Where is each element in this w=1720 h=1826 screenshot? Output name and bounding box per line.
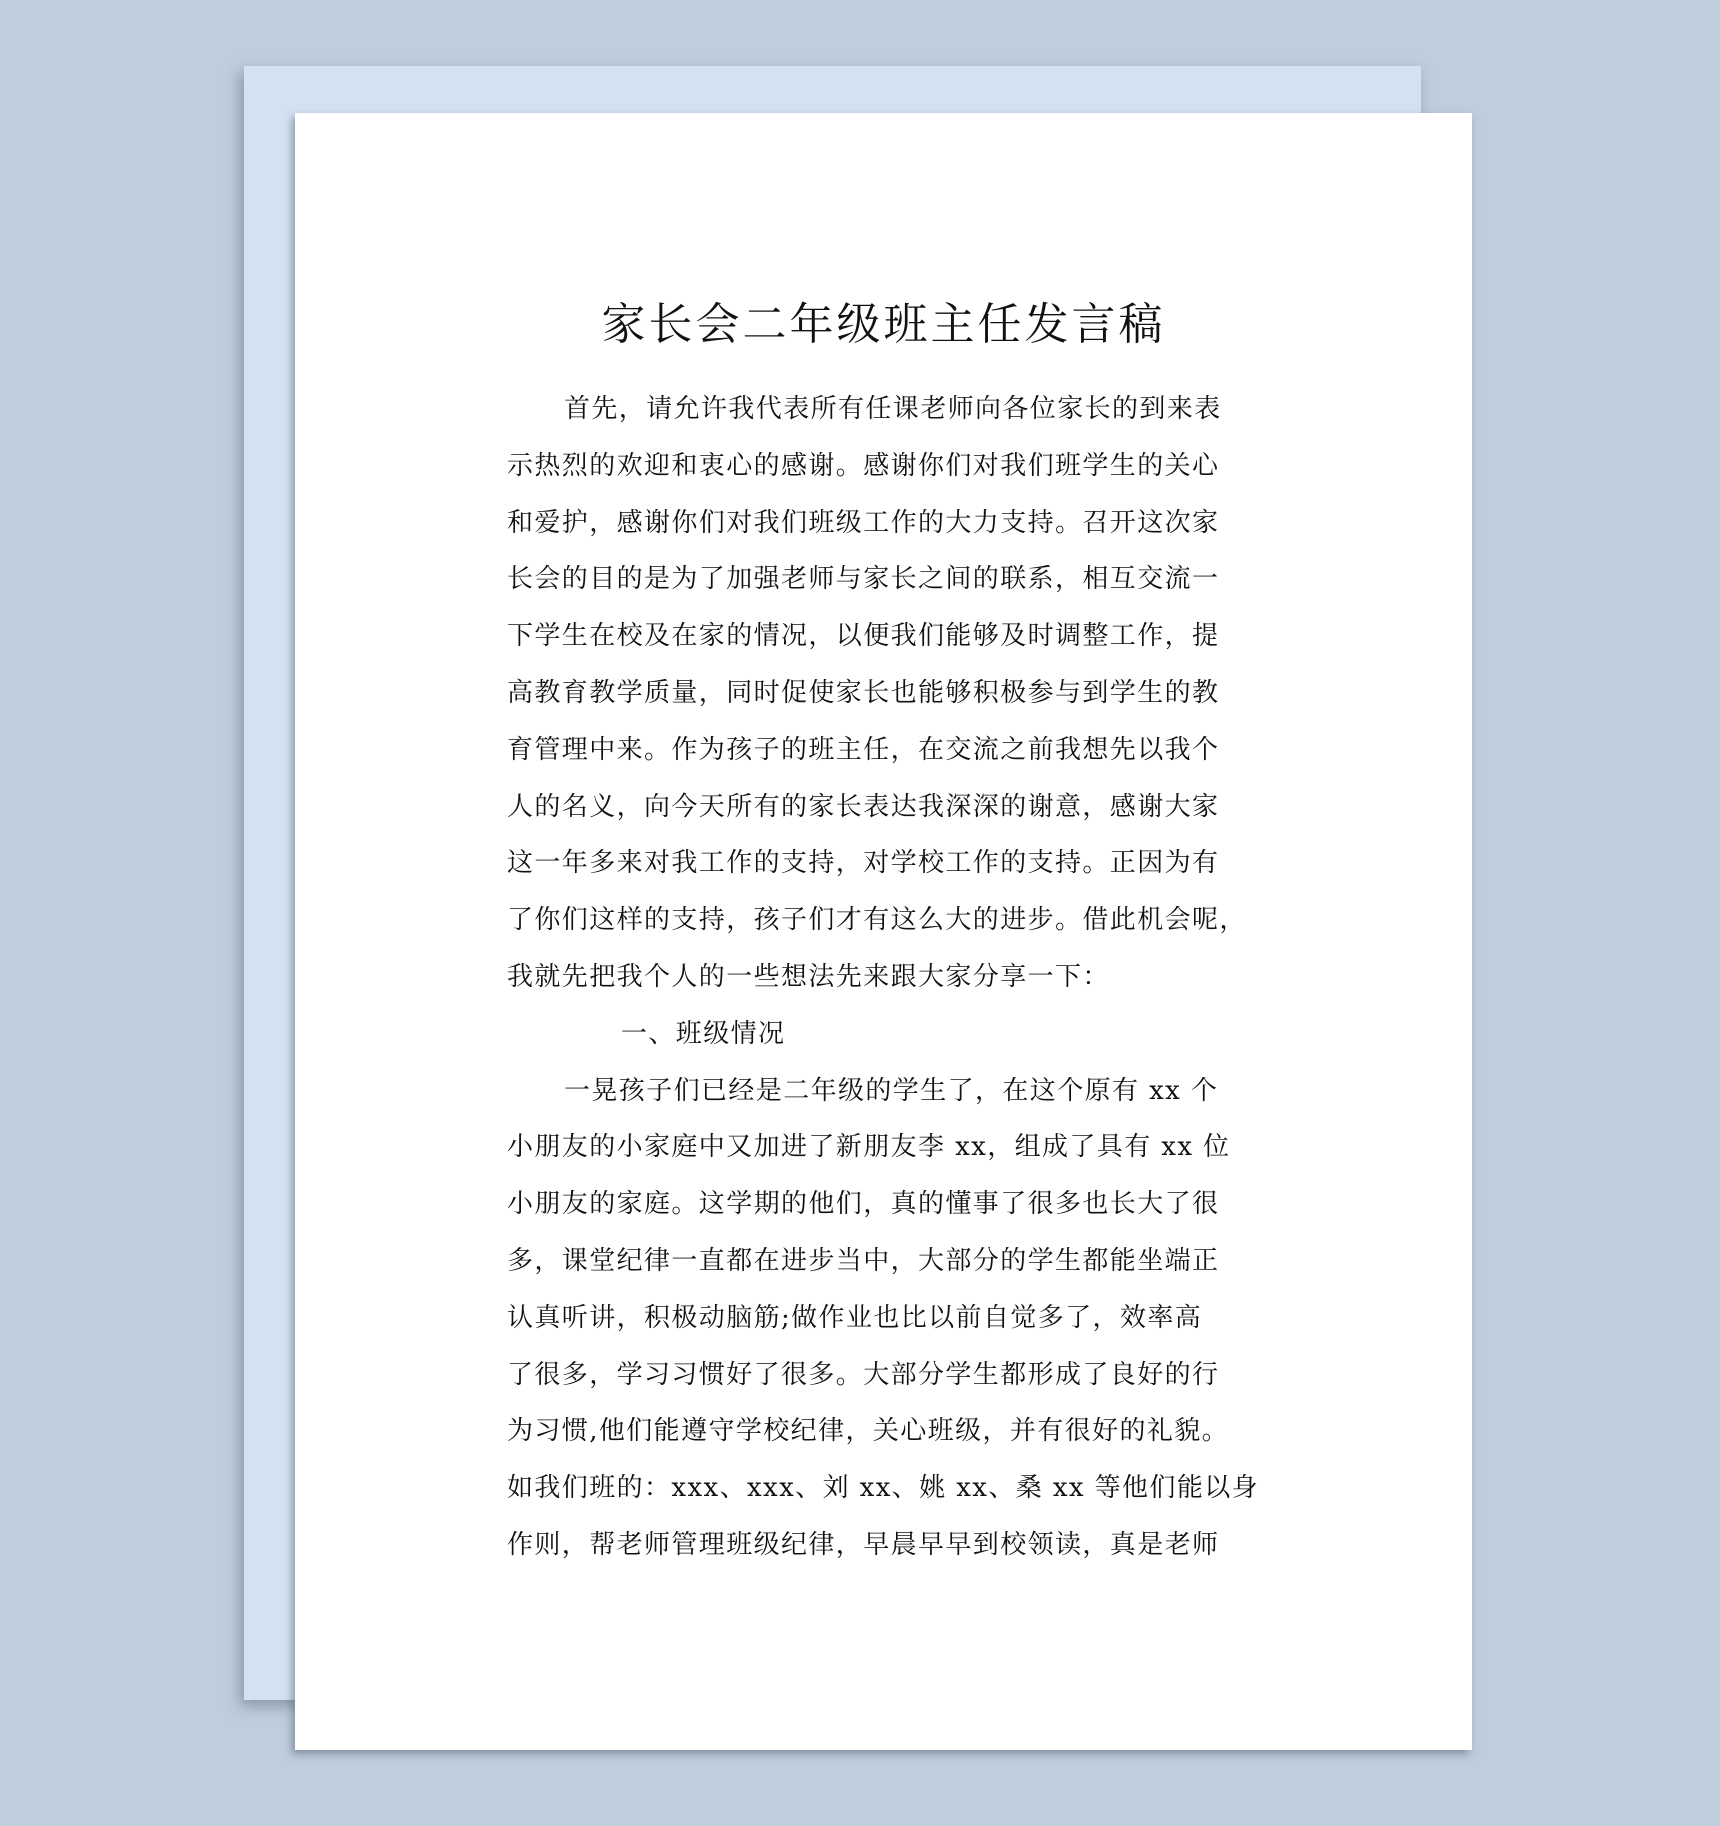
body-line: 一晃孩子们已经是二年级的学生了，在这个原有 xx 个 [507, 1063, 1267, 1120]
section-heading: 一、班级情况 [507, 1006, 1267, 1063]
body-line: 为习惯,他们能遵守学校纪律，关心班级，并有很好的礼貌。 [507, 1403, 1267, 1460]
document-title: 家长会二年级班主任发言稿 [295, 295, 1472, 355]
document-body: 首先，请允许我代表所有任课老师向各位家长的到来表 示热烈的欢迎和衷心的感谢。感谢… [507, 381, 1267, 1574]
body-line: 小朋友的小家庭中又加进了新朋友李 xx，组成了具有 xx 位 [507, 1119, 1267, 1176]
body-line: 这一年多来对我工作的支持，对学校工作的支持。正因为有 [507, 835, 1267, 892]
body-line: 认真听讲，积极动脑筋;做作业也比以前自觉多了，效率高 [507, 1290, 1267, 1347]
body-line: 长会的目的是为了加强老师与家长之间的联系，相互交流一 [507, 551, 1267, 608]
body-line: 多，课堂纪律一直都在进步当中，大部分的学生都能坐端正 [507, 1233, 1267, 1290]
body-line: 我就先把我个人的一些想法先来跟大家分享一下： [507, 949, 1267, 1006]
body-line: 下学生在校及在家的情况，以便我们能够及时调整工作，提 [507, 608, 1267, 665]
body-line: 小朋友的家庭。这学期的他们，真的懂事了很多也长大了很 [507, 1176, 1267, 1233]
body-line: 人的名义，向今天所有的家长表达我深深的谢意，感谢大家 [507, 779, 1267, 836]
body-line: 了你们这样的支持，孩子们才有这么大的进步。借此机会呢， [507, 892, 1267, 949]
body-line: 高教育教学质量，同时促使家长也能够积极参与到学生的教 [507, 665, 1267, 722]
body-line: 首先，请允许我代表所有任课老师向各位家长的到来表 [507, 381, 1267, 438]
body-line: 育管理中来。作为孩子的班主任，在交流之前我想先以我个 [507, 722, 1267, 779]
body-line: 作则，帮老师管理班级纪律，早晨早早到校领读，真是老师 [507, 1517, 1267, 1574]
body-line: 了很多，学习习惯好了很多。大部分学生都形成了良好的行 [507, 1347, 1267, 1404]
body-line: 如我们班的：xxx、xxx、刘 xx、姚 xx、桑 xx 等他们能以身 [507, 1460, 1267, 1517]
body-line: 和爱护，感谢你们对我们班级工作的大力支持。召开这次家 [507, 495, 1267, 552]
document-page: 家长会二年级班主任发言稿 首先，请允许我代表所有任课老师向各位家长的到来表 示热… [295, 113, 1472, 1750]
body-line: 示热烈的欢迎和衷心的感谢。感谢你们对我们班学生的关心 [507, 438, 1267, 495]
